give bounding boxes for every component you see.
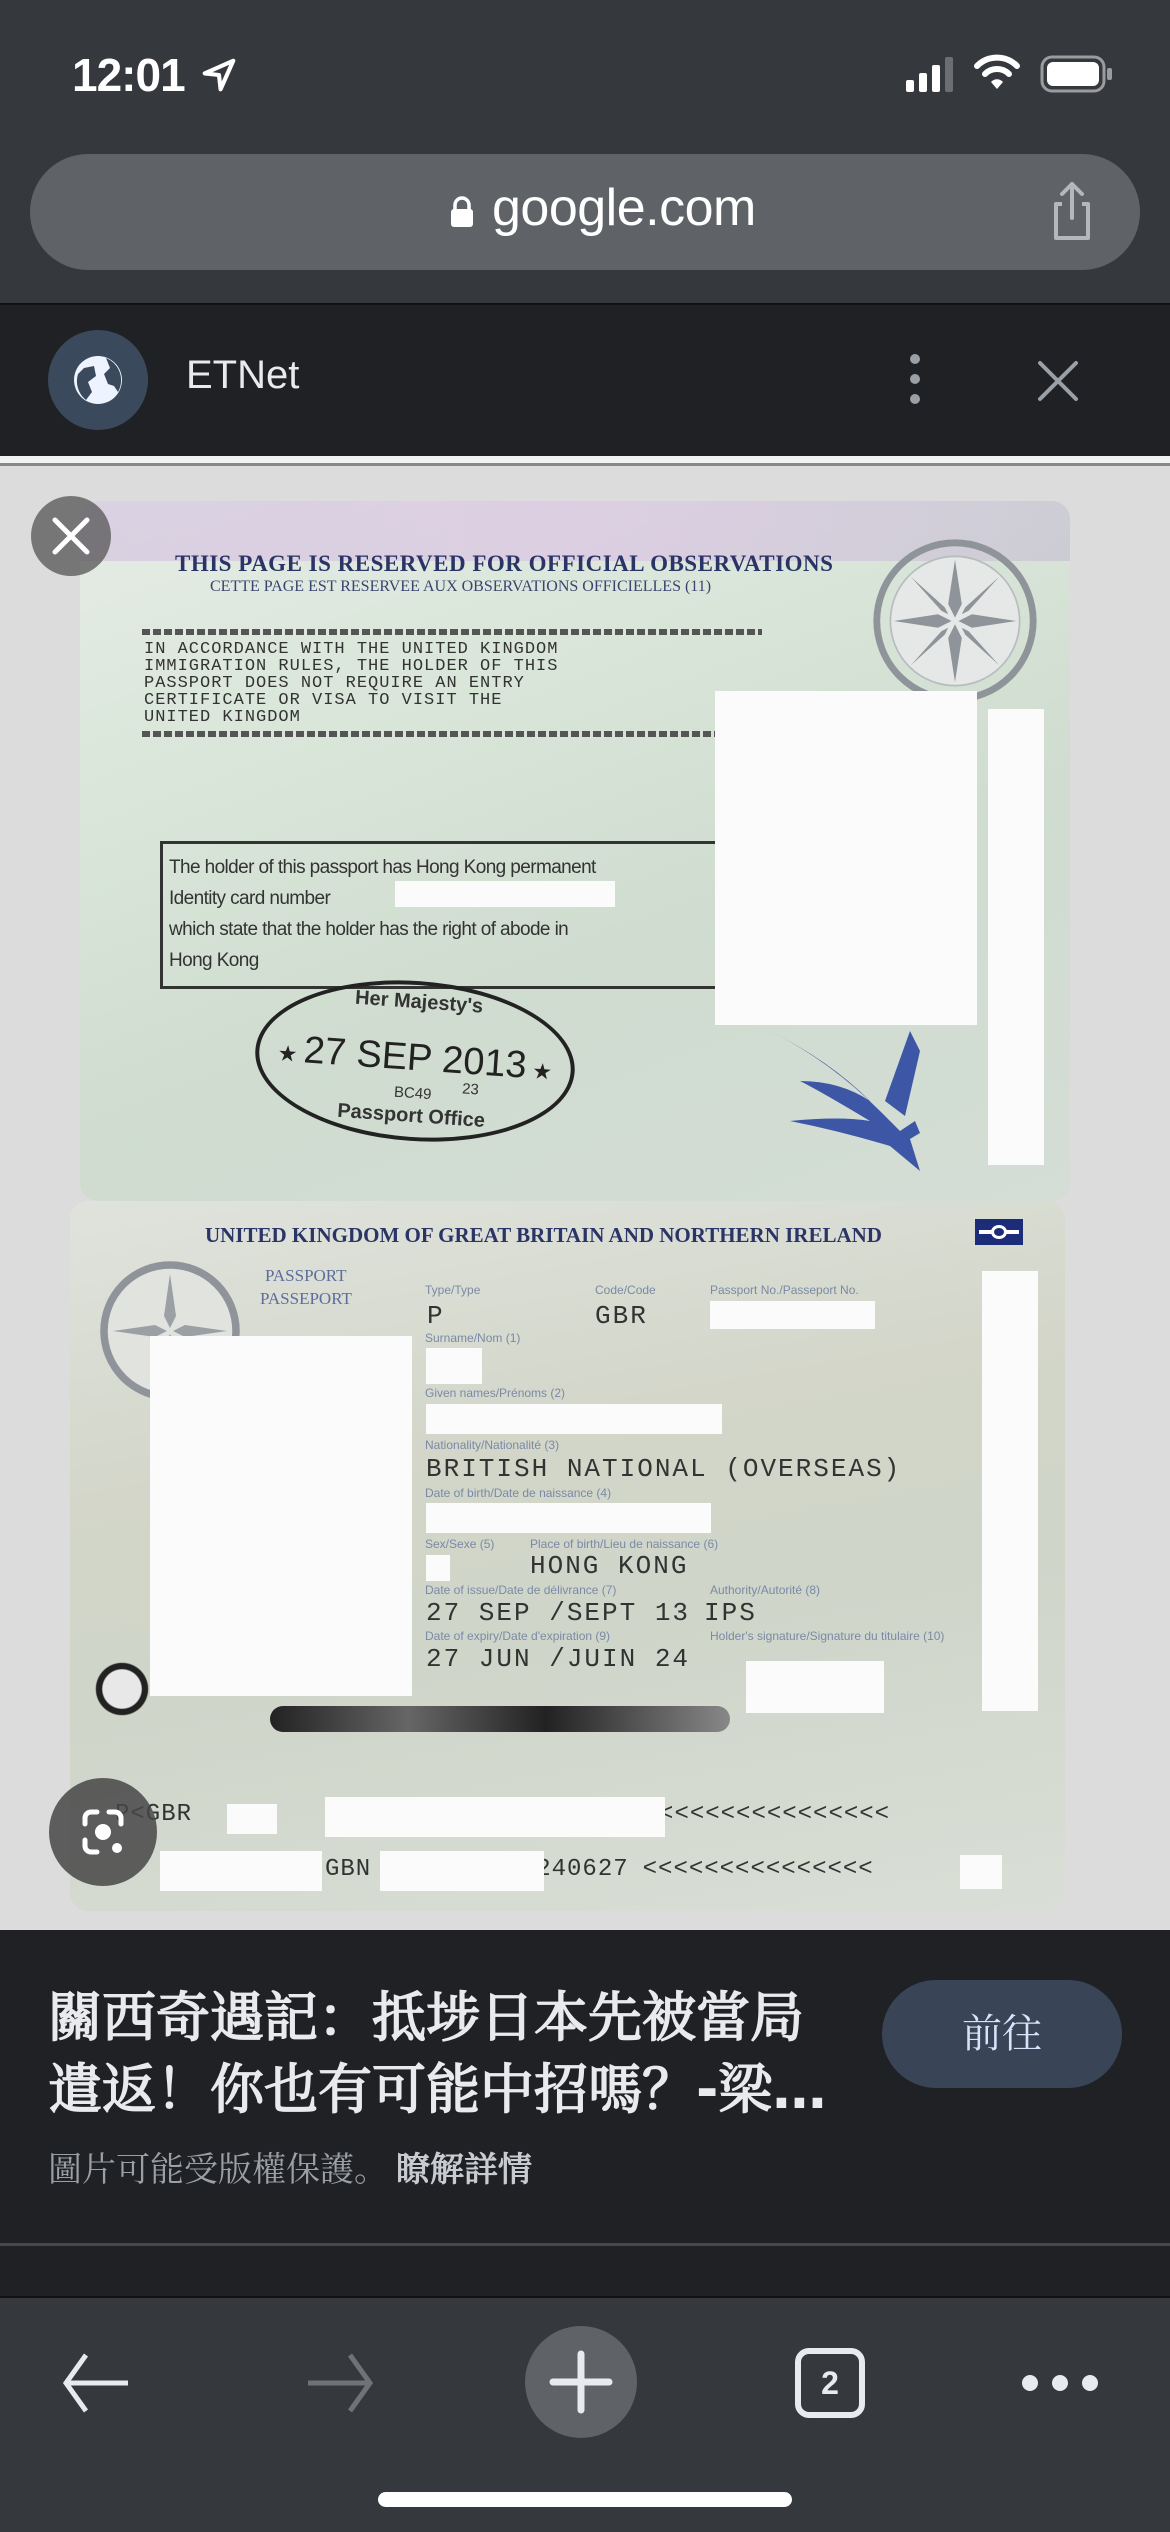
address-bar[interactable]: google.com [30, 154, 1140, 270]
globe-icon [48, 330, 148, 430]
place-of-birth-value: HONG KONG [530, 1551, 688, 1581]
more-vertical-icon[interactable] [900, 349, 930, 409]
hk-residency-box: The holder of this passport has Hong Kon… [160, 841, 780, 989]
forward-arrow-icon [300, 2343, 380, 2423]
observations-subtitle: CETTE PAGE EST RESERVEE AUX OBSERVATIONS… [210, 578, 711, 596]
battery-icon [1040, 54, 1114, 94]
location-arrow-icon [200, 56, 238, 94]
url-text[interactable]: google.com [492, 178, 756, 238]
wifi-icon [974, 52, 1020, 92]
passport-observations-page: THIS PAGE IS RESERVED FOR OFFICIAL OBSER… [80, 501, 1070, 1201]
wave-ornament [90, 1661, 170, 1731]
site-header: ETNet [0, 303, 1170, 456]
tab-count-badge: 2 [795, 2348, 865, 2418]
country-header: UNITED KINGDOM OF GREAT BRITAIN AND NORT… [205, 1223, 882, 1248]
learn-more-link[interactable]: 瞭解詳情 [396, 2150, 532, 2190]
status-time: 12:01 [72, 48, 185, 102]
redacted-strip [988, 709, 1044, 1165]
biometric-chip-icon [975, 1219, 1023, 1245]
plus-icon [541, 2342, 621, 2422]
redacted-signature [746, 1661, 884, 1713]
redacted-photo-area [715, 691, 977, 1025]
forward-button[interactable] [280, 2328, 400, 2438]
home-indicator[interactable] [378, 2492, 792, 2507]
endorsement-text: IN ACCORDANCE WITH THE UNITED KINGDOM IM… [144, 641, 558, 726]
site-favicon [48, 330, 148, 430]
swallow-bird-icon [770, 1021, 950, 1181]
nationality-value: BRITISH NATIONAL (OVERSEAS) [426, 1454, 901, 1484]
back-arrow-icon [56, 2343, 136, 2423]
share-icon[interactable] [1048, 180, 1096, 242]
image-caption-panel: 關西奇遇記：抵埗日本先被當局遣返！你也有可能中招嗎？-梁… 前往 圖片可能受版權… [0, 1930, 1170, 2245]
close-image-button[interactable] [31, 496, 111, 576]
tab-switcher-button[interactable]: 2 [770, 2328, 890, 2438]
new-tab-button[interactable] [525, 2326, 637, 2438]
google-lens-icon [49, 1778, 157, 1886]
visit-button[interactable]: 前往 [882, 1980, 1122, 2088]
cellular-signal-icon [904, 56, 956, 92]
observations-title: THIS PAGE IS RESERVED FOR OFFICIAL OBSER… [175, 551, 833, 577]
redacted-id-number [395, 881, 615, 907]
divider [0, 2243, 1170, 2246]
close-icon [31, 496, 111, 576]
authority-value: IPS [704, 1598, 757, 1628]
browser-top-chrome: 12:01 google.com [0, 0, 1170, 303]
wave-ornament [270, 1706, 730, 1732]
lock-icon [450, 196, 474, 228]
article-title[interactable]: 關西奇遇記：抵埗日本先被當局遣返！你也有可能中招嗎？-梁… [48, 1982, 848, 2126]
copyright-row: 圖片可能受版權保護。瞭解詳情 [48, 2142, 532, 2191]
rosette-emblem-icon [870, 536, 1040, 706]
passport-office-stamp: Her Majesty's ★ 27 SEP 2013 ★ BC49 23 Pa… [250, 970, 580, 1152]
passport-image: THIS PAGE IS RESERVED FOR OFFICIAL OBSER… [70, 501, 1080, 1921]
more-horizontal-icon [1015, 2368, 1105, 2398]
image-preview[interactable]: THIS PAGE IS RESERVED FOR OFFICIAL OBSER… [0, 456, 1170, 1930]
google-lens-button[interactable] [49, 1778, 157, 1886]
copyright-notice: 圖片可能受版權保護。 [48, 2150, 388, 2190]
more-options-button[interactable] [1000, 2328, 1120, 2438]
site-name[interactable]: ETNet [186, 353, 299, 398]
expiry-date-value: 27 JUN /JUIN 24 [426, 1644, 690, 1674]
redacted-holder-photo [150, 1336, 412, 1696]
close-icon[interactable] [1032, 355, 1084, 407]
issue-date-value: 27 SEP /SEPT 13 [426, 1598, 690, 1628]
passport-data-page: UNITED KINGDOM OF GREAT BRITAIN AND NORT… [70, 1201, 1065, 1911]
image-top-divider [0, 456, 1170, 466]
back-button[interactable] [36, 2328, 156, 2438]
